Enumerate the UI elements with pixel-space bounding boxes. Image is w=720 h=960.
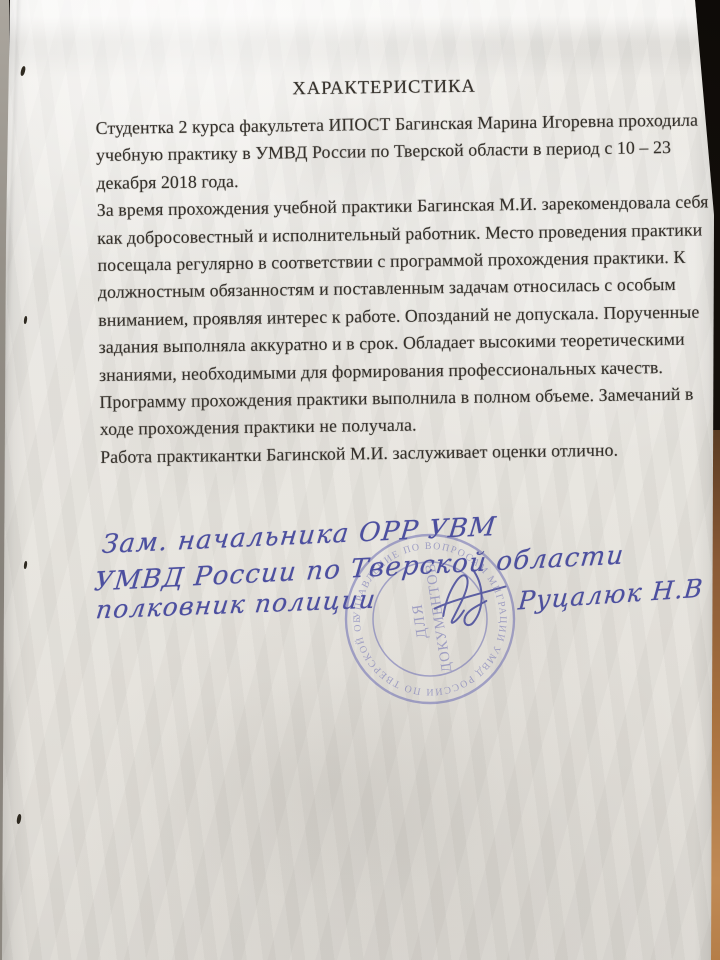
document-body: Студентка 2 курса факультета ИПОСТ Багин… <box>95 107 678 471</box>
signature-flourish-icon <box>426 559 517 635</box>
paragraph: Студентка 2 курса факультета ИПОСТ Багин… <box>95 107 674 197</box>
hole-mark <box>23 316 27 324</box>
paragraph: За время прохождения учебной практики Ба… <box>97 189 678 444</box>
hole-mark <box>23 561 27 569</box>
printed-text-block: ХАРАКТЕРИСТИКА Студентка 2 курса факульт… <box>95 74 678 471</box>
handwritten-signee-name: Руцалюк Н.В <box>517 573 705 615</box>
document-title: ХАРАКТЕРИСТИКА <box>95 74 673 103</box>
hole-mark <box>20 66 26 77</box>
hole-mark <box>16 814 22 825</box>
document-paper: ХАРАКТЕРИСТИКА Студентка 2 курса факульт… <box>0 0 720 960</box>
